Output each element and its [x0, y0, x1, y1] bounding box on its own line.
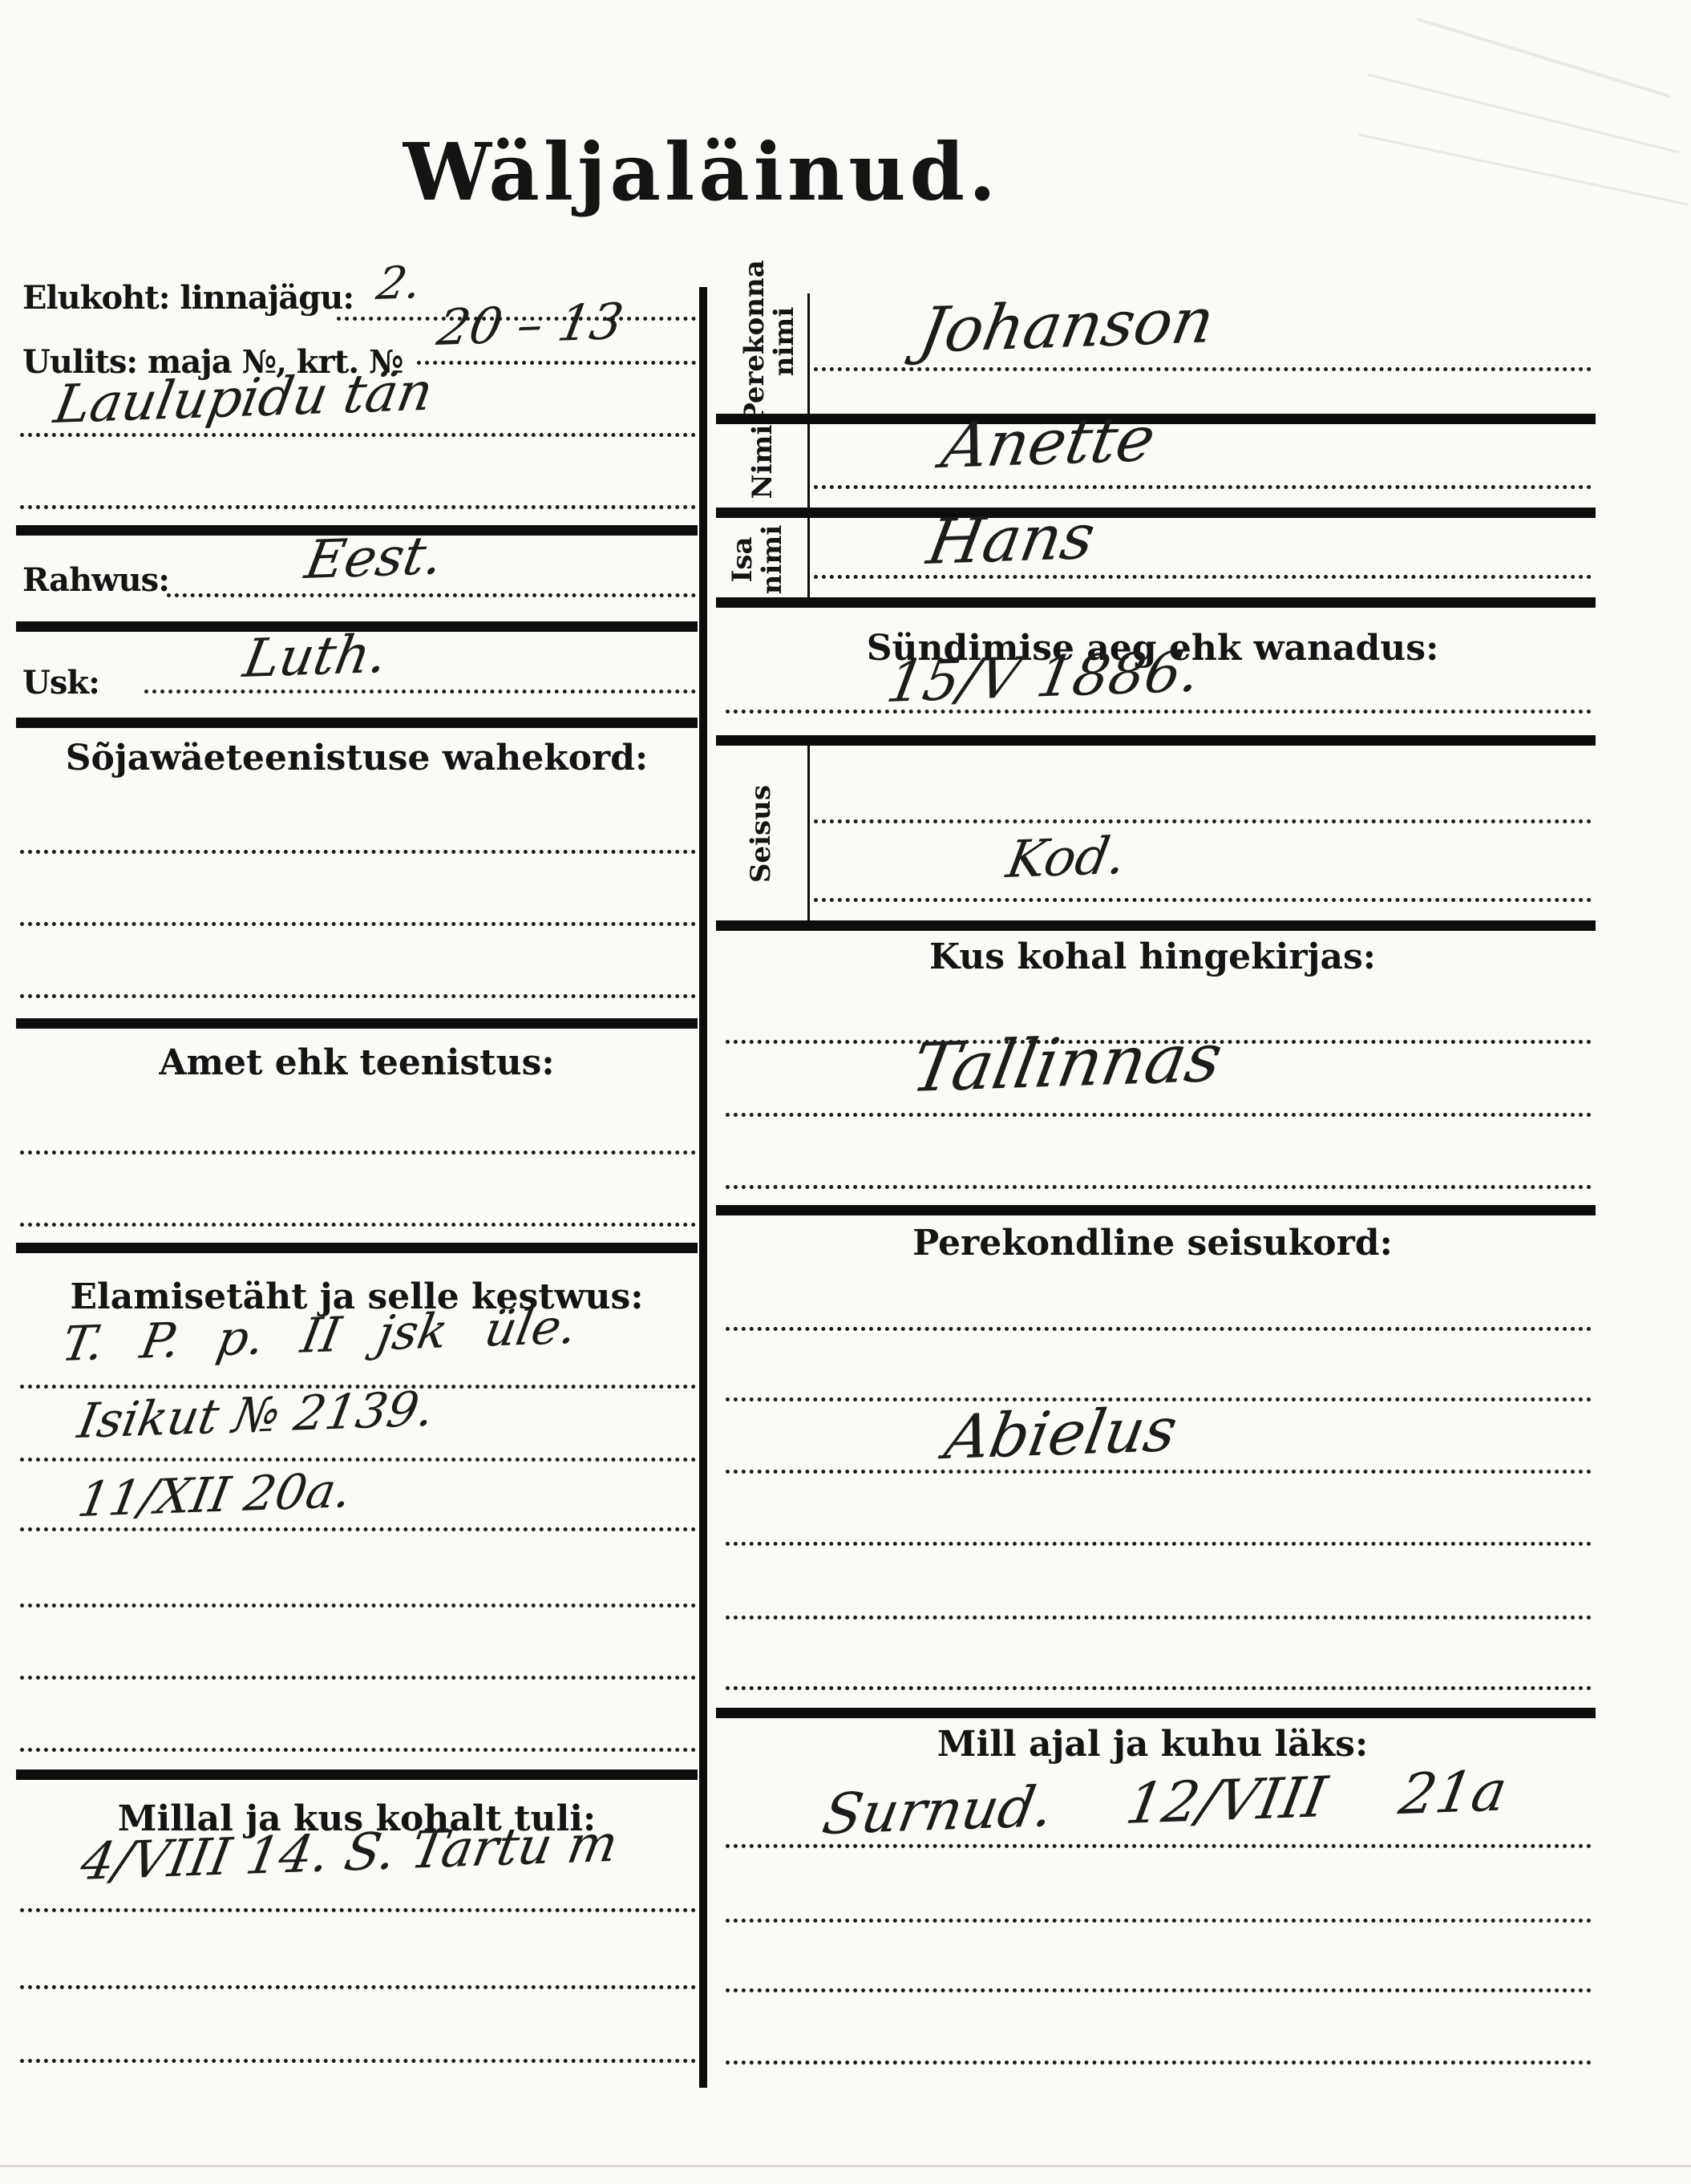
status-label: Seisus: [746, 754, 779, 914]
section-divider-bar: [716, 508, 1596, 518]
dotted-line: [726, 1919, 1592, 1923]
dotted-line: [726, 1470, 1592, 1474]
residence-value: 2.: [373, 257, 425, 310]
dotted-line: [726, 1327, 1592, 1331]
nationality-label: Rahwus:: [22, 561, 169, 599]
form-title: Wäljaläinud.: [144, 127, 1259, 219]
dotted-line: [814, 575, 1592, 579]
residence-label: Elukoht: linnajägu:: [22, 279, 354, 317]
dotted-line: [726, 1185, 1592, 1189]
first-name-value: Anette: [937, 403, 1160, 483]
nationality-value: Eest.: [301, 524, 447, 591]
father-name-value: Hans: [922, 501, 1100, 579]
section-divider-bar: [716, 597, 1596, 608]
house-flat-value: 20 – 13: [433, 292, 628, 357]
dotted-line: [20, 1908, 696, 1912]
dotted-line: [726, 1844, 1592, 1848]
family-name-value: Johanson: [914, 285, 1220, 367]
religion-value: Luth.: [239, 623, 392, 690]
dotted-line: [726, 1113, 1592, 1117]
dotted-line: [726, 2061, 1592, 2065]
scan-crease: [1417, 18, 1671, 98]
marital-value: Abielus: [940, 1393, 1183, 1473]
section-divider-bar: [716, 920, 1596, 931]
label-separator-line: [807, 518, 810, 597]
dotted-line: [20, 994, 696, 998]
dotted-line: [20, 1223, 696, 1227]
section-divider-bar: [16, 1243, 698, 1253]
dotted-line: [726, 1542, 1592, 1546]
dotted-line: [726, 1686, 1592, 1690]
family-name-label: Perekonna nimi: [740, 253, 809, 430]
scan-crease: [1358, 133, 1688, 205]
marital-section-header: Perekondline seisukord:: [682, 1223, 1624, 1264]
registry-section-header: Kus kohal hingekirjas:: [682, 936, 1624, 977]
dotted-line: [20, 850, 696, 854]
section-divider-bar: [716, 1205, 1596, 1215]
dotted-line: [814, 485, 1592, 489]
registry-value: Tallinnas: [906, 1018, 1228, 1107]
label-separator-line: [807, 424, 810, 508]
departure-value: Surnud. 12/VIII 21a: [818, 1758, 1512, 1847]
dotted-line: [20, 1458, 696, 1462]
dotted-line: [20, 922, 696, 926]
dotted-line: [726, 1988, 1592, 1992]
dotted-line: [417, 361, 696, 365]
religion-label: Usk:: [22, 664, 99, 702]
section-divider-bar: [716, 735, 1596, 746]
section-divider-bar: [716, 1708, 1596, 1718]
permit-line3-value: 11/XII 20a.: [74, 1462, 356, 1528]
dotted-line: [20, 505, 696, 509]
section-divider-bar: [16, 718, 698, 728]
dotted-line: [20, 1985, 696, 1989]
status-value: Kod.: [1002, 827, 1131, 890]
military-section-header: Sõjawäeteenistuse wahekord:: [16, 738, 698, 779]
dotted-line: [20, 433, 696, 437]
dotted-line: [20, 1527, 696, 1531]
street-value: Laulupidu tän: [50, 361, 438, 435]
dotted-line: [726, 1616, 1592, 1620]
dotted-line: [726, 710, 1592, 714]
section-divider-bar: [16, 1018, 698, 1029]
dotted-line: [814, 819, 1592, 823]
occupation-section-header: Amet ehk teenistus:: [16, 1042, 698, 1083]
dotted-line: [20, 1604, 696, 1608]
dotted-line: [144, 690, 696, 694]
dotted-line: [814, 898, 1592, 902]
section-divider-bar: [16, 1769, 698, 1780]
dotted-line: [814, 367, 1592, 371]
birth-value: 15/V 1886.: [882, 639, 1205, 715]
permit-line2-value: Isikut № 2139.: [74, 1381, 439, 1450]
dotted-line: [20, 1748, 696, 1752]
column-divider: [699, 287, 707, 2088]
dotted-line: [20, 1676, 696, 1680]
label-separator-line: [807, 746, 810, 920]
page-edge-shadow: [0, 2165, 1691, 2167]
dotted-line: [20, 2059, 696, 2063]
dotted-line: [20, 1151, 696, 1155]
scan-crease: [1368, 74, 1680, 154]
registration-card-page: Wäljaläinud. Elukoht: linnajägu: 2. Uuli…: [0, 0, 1691, 2184]
dotted-line: [167, 593, 696, 597]
